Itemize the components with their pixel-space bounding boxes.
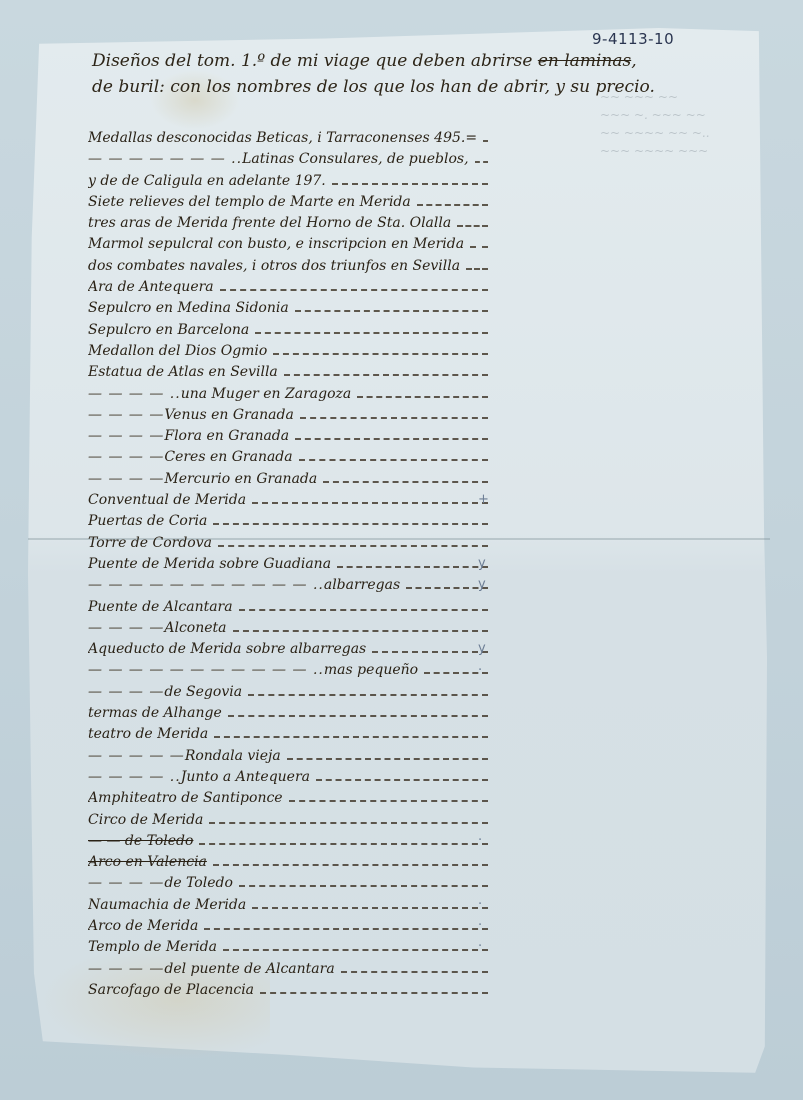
dotted-leader-line [475, 161, 488, 163]
list-item: Sepulcro en Medina Sidonia [88, 298, 488, 319]
list-item: Ara de Antequera [88, 277, 488, 298]
entry-leader-dashes: — — — — [88, 618, 164, 639]
entry-text: Venus en Granada [164, 405, 299, 426]
list-item: — — — —del puente de Alcantara [88, 959, 488, 980]
pencil-margin-mark: y [478, 577, 486, 592]
entry-text: Mercurio en Granada [164, 469, 323, 490]
dotted-leader-line [218, 545, 488, 547]
list-item: — — — —Venus en Granada [88, 405, 488, 426]
entry-text: teatro de Merida [88, 724, 214, 745]
dotted-leader-line [213, 523, 488, 525]
dotted-leader-line [233, 630, 489, 632]
header-struck-word: en laminas [538, 51, 631, 71]
list-item: — — — — ..una Muger en Zaragoza [88, 384, 488, 405]
dotted-leader-line [337, 566, 488, 568]
entry-text: Flora en Granada [164, 426, 295, 447]
dotted-leader-line [284, 374, 488, 376]
entry-text: Templo de Merida [88, 937, 223, 958]
entry-text: Latinas Consulares, de pueblos, [242, 149, 474, 170]
pencil-margin-mark: · [478, 918, 482, 933]
list-item: Arco en Valencia [88, 852, 488, 873]
entry-text: Medallon del Dios Ogmio [88, 341, 273, 362]
dotted-leader-line [417, 204, 488, 206]
dotted-leader-line [316, 779, 488, 781]
list-item: Aqueducto de Merida sobre albarregas [88, 639, 488, 660]
list-item: — — — — —Rondala vieja [88, 746, 488, 767]
dotted-leader-line [357, 396, 488, 398]
entry-text: Estatua de Atlas en Sevilla [88, 362, 284, 383]
list-item: — — — — — — — — — — — ..albarregas [88, 575, 488, 596]
list-item: — — — — ..Junto a Antequera [88, 767, 488, 788]
list-item: — — — —de Toledo [88, 873, 488, 894]
list-item: Circo de Merida [88, 810, 488, 831]
dotted-leader-line [466, 268, 488, 270]
entry-text: dos combates navales, i otros dos triunf… [88, 256, 466, 277]
pencil-margin-mark: · [478, 939, 482, 954]
list-item: y de de Caligula en adelante 197. [88, 171, 488, 192]
entry-leader-dashes: — — — — — [88, 746, 185, 767]
entry-leader-dashes: — — — — [88, 959, 164, 980]
dotted-leader-line [457, 225, 488, 227]
list-item: — — — — — — — — — — — ..mas pequeño [88, 660, 488, 681]
dotted-leader-line [213, 864, 488, 866]
entry-text: Marmol sepulcral con busto, e inscripcio… [88, 234, 470, 255]
dotted-leader-line [299, 459, 488, 461]
entry-text: Arco de Merida [88, 916, 204, 937]
dotted-leader-line [260, 992, 488, 994]
entry-text: Conventual de Merida [88, 490, 252, 511]
list-item: — — — —Ceres en Granada [88, 447, 488, 468]
dotted-leader-line [228, 715, 488, 717]
dotted-leader-line [252, 502, 488, 504]
list-item: termas de Alhange [88, 703, 488, 724]
dotted-leader-line [295, 310, 488, 312]
list-item: Puente de Merida sobre Guadiana [88, 554, 488, 575]
entry-text: Alconeta [164, 618, 232, 639]
entry-leader-dashes: — — — — [88, 447, 164, 468]
entry-text: termas de Alhange [88, 703, 228, 724]
entry-text: del puente de Alcantara [164, 959, 340, 980]
entry-text: una Muger en Zaragoza [181, 384, 358, 405]
dotted-leader-line [341, 971, 488, 973]
list-item: Sarcofago de Placencia [88, 980, 488, 1001]
list-item: Amphiteatro de Santiponce [88, 788, 488, 809]
entry-leader-dashes: — — — — [88, 426, 164, 447]
dotted-leader-line [199, 843, 488, 845]
entry-text: Arco en Valencia [88, 852, 213, 873]
entry-text: Junto a Antequera [181, 767, 316, 788]
list-item: Medallas desconocidas Beticas, i Tarraco… [88, 128, 488, 149]
dotted-leader-line [255, 332, 488, 334]
list-item: Siete relieves del templo de Marte en Me… [88, 192, 488, 213]
pencil-margin-mark: y [478, 556, 486, 571]
entry-text: Naumachia de Merida [88, 895, 252, 916]
header-line-2: de buril: con los nombres de los que los… [92, 74, 732, 100]
list-item: Naumachia de Merida [88, 895, 488, 916]
list-item: Torre de Cordova [88, 533, 488, 554]
list-item: dos combates navales, i otros dos triunf… [88, 256, 488, 277]
entry-leader-dashes: — — — — [88, 469, 164, 490]
list-item: Medallon del Dios Ogmio [88, 341, 488, 362]
list-item: — — — —Flora en Granada [88, 426, 488, 447]
dotted-leader-line [372, 651, 488, 653]
dotted-leader-line [223, 949, 488, 951]
dotted-leader-line [295, 438, 488, 440]
dotted-leader-line [214, 736, 488, 738]
list-item: — — de Toledo [88, 831, 488, 852]
list-item: Arco de Merida [88, 916, 488, 937]
entry-text: Sepulcro en Medina Sidonia [88, 298, 295, 319]
entry-text: Torre de Cordova [88, 533, 218, 554]
entry-text: Puente de Merida sobre Guadiana [88, 554, 337, 575]
entry-text: albarregas [324, 575, 406, 596]
list-item: Puertas de Coria [88, 511, 488, 532]
entry-leader-dashes: — — — — — — — .. [88, 149, 242, 170]
list-item: — — — —Alconeta [88, 618, 488, 639]
list-item: Puente de Alcantara [88, 597, 488, 618]
dotted-leader-line [289, 800, 488, 802]
entry-text: Sarcofago de Placencia [88, 980, 260, 1001]
entry-leader-dashes: — — — — — — — — — — — .. [88, 660, 324, 681]
dotted-leader-line [406, 587, 488, 589]
list-item: Estatua de Atlas en Sevilla [88, 362, 488, 383]
entry-text: — — de Toledo [88, 831, 199, 852]
entry-text: Medallas desconocidas Beticas, i Tarraco… [88, 128, 483, 149]
entry-text: Ceres en Granada [164, 447, 298, 468]
entry-leader-dashes: — — — — .. [88, 384, 181, 405]
entry-leader-dashes: — — — — .. [88, 767, 181, 788]
entry-text: Aqueducto de Merida sobre albarregas [88, 639, 372, 660]
entry-text: y de de Caligula en adelante 197. [88, 171, 332, 192]
entry-text: Amphiteatro de Santiponce [88, 788, 289, 809]
dotted-leader-line [332, 183, 488, 185]
dotted-leader-line [248, 694, 488, 696]
entry-text: Puente de Alcantara [88, 597, 239, 618]
pencil-margin-mark: · [478, 833, 482, 848]
dotted-leader-line [323, 481, 488, 483]
header-line-1: Diseños del tom. 1.º de mi viage que deb… [92, 48, 732, 74]
list-item: — — — — — — — ..Latinas Consulares, de p… [88, 149, 488, 170]
entry-leader-dashes: — — — — — — — — — — — .. [88, 575, 324, 596]
entry-leader-dashes: — — — — [88, 873, 164, 894]
list-item: — — — —Mercurio en Granada [88, 469, 488, 490]
list-item: Conventual de Merida [88, 490, 488, 511]
dotted-leader-line [209, 822, 488, 824]
entry-text: Rondala vieja [185, 746, 287, 767]
entry-list: Medallas desconocidas Beticas, i Tarraco… [88, 128, 488, 1001]
dotted-leader-line [252, 907, 488, 909]
entry-text: mas pequeño [324, 660, 424, 681]
entry-text: tres aras de Merida frente del Horno de … [88, 213, 457, 234]
entry-text: de Segovia [164, 682, 248, 703]
dotted-leader-line [273, 353, 488, 355]
list-item: Sepulcro en Barcelona [88, 320, 488, 341]
header-line-1-text: Diseños del tom. 1.º de mi viage que deb… [92, 51, 532, 71]
pencil-margin-mark: y [478, 641, 486, 656]
list-item: Marmol sepulcral con busto, e inscripcio… [88, 234, 488, 255]
dotted-leader-line [239, 609, 488, 611]
list-item: — — — —de Segovia [88, 682, 488, 703]
list-item: tres aras de Merida frente del Horno de … [88, 213, 488, 234]
pencil-margin-mark: + [478, 492, 489, 507]
entry-leader-dashes: — — — — [88, 682, 164, 703]
dotted-leader-line [470, 246, 488, 248]
header-line-1-suffix: , [631, 51, 636, 71]
dotted-leader-line [204, 928, 488, 930]
dotted-leader-line [220, 289, 488, 291]
shelfmark: 9-4113-10 [592, 30, 674, 48]
list-item: teatro de Merida [88, 724, 488, 745]
list-item: Templo de Merida [88, 937, 488, 958]
entry-leader-dashes: — — — — [88, 405, 164, 426]
entry-text: Puertas de Coria [88, 511, 213, 532]
entry-text: Sepulcro en Barcelona [88, 320, 255, 341]
page-header: Diseños del tom. 1.º de mi viage que deb… [92, 48, 732, 100]
dotted-leader-line [300, 417, 488, 419]
dotted-leader-line [287, 758, 488, 760]
pencil-margin-mark: · [478, 897, 482, 912]
entry-text: Ara de Antequera [88, 277, 220, 298]
entry-text: Circo de Merida [88, 810, 209, 831]
entry-text: de Toledo [164, 873, 239, 894]
pencil-margin-mark: · [478, 663, 482, 678]
dotted-leader-line [239, 885, 488, 887]
entry-text: Siete relieves del templo de Marte en Me… [88, 192, 417, 213]
dotted-leader-line [483, 140, 488, 142]
